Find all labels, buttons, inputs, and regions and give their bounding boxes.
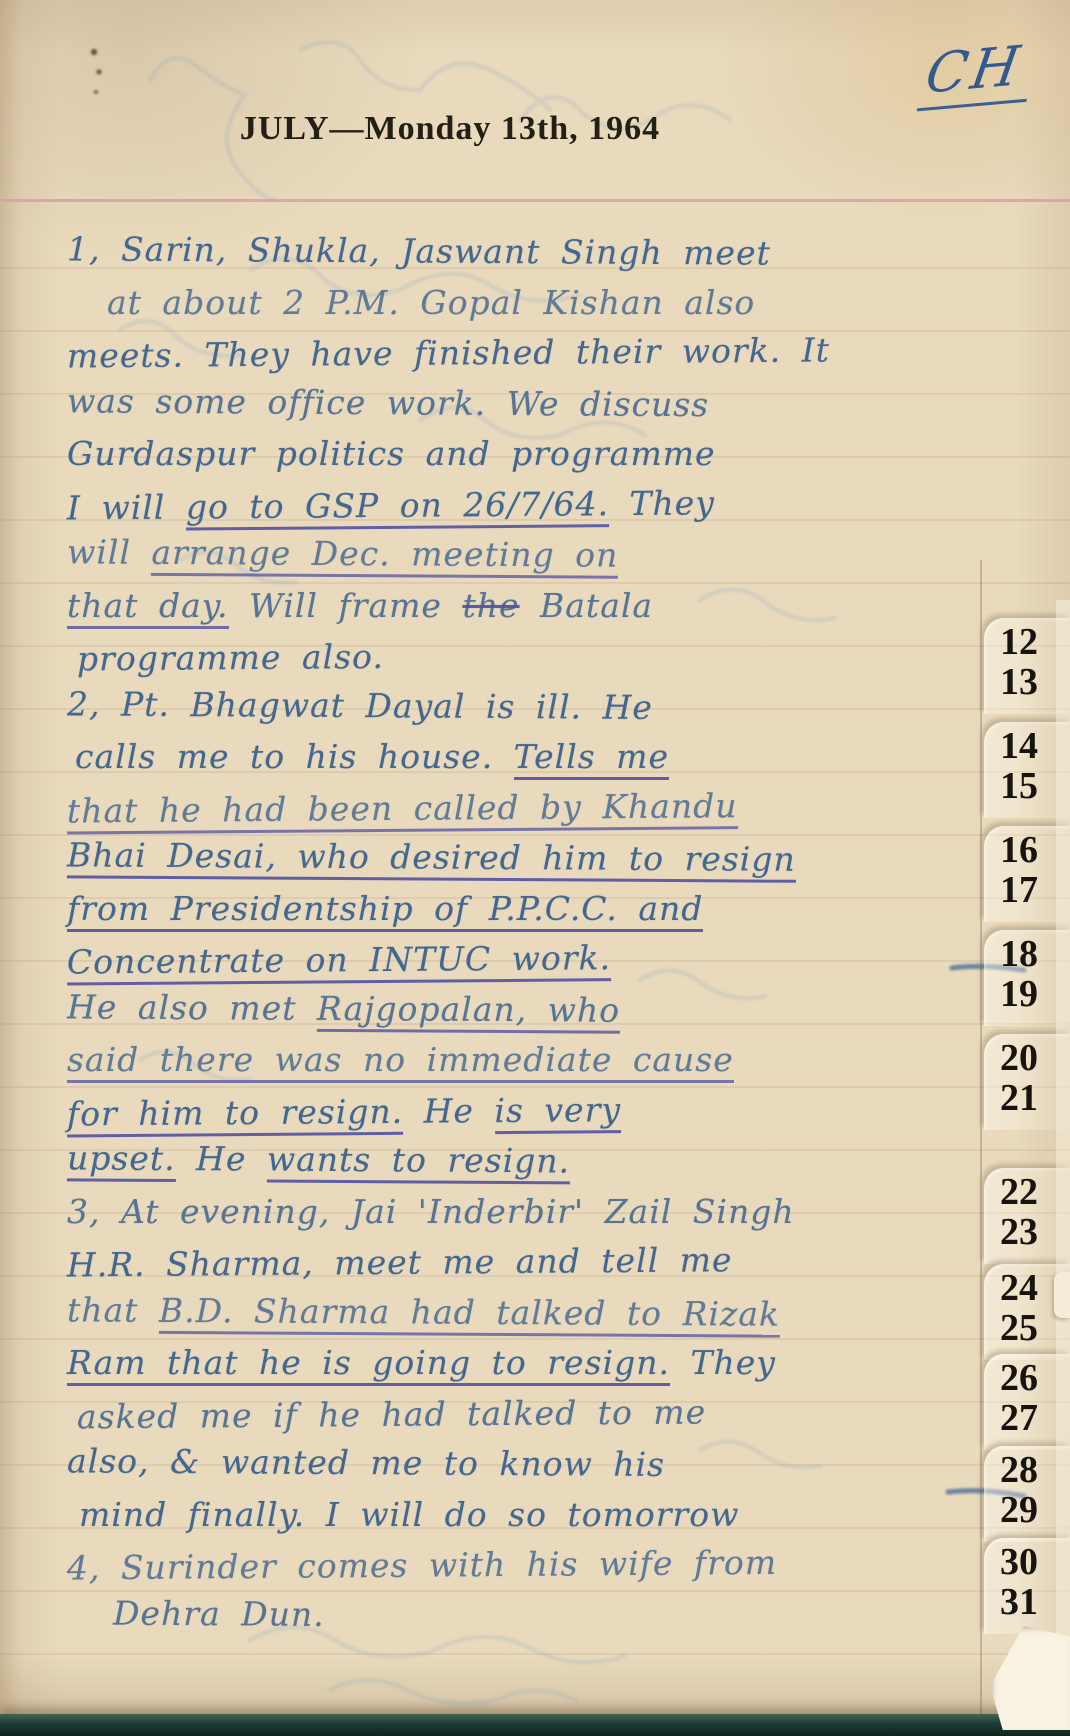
handwritten-line: Gurdaspur politics and programme — [55, 434, 955, 485]
phrase: Will frame — [229, 586, 463, 625]
phrase: at about 2 P.M. Gopal Kishan also — [107, 283, 755, 322]
handwritten-line: Dehra Dun. — [55, 1593, 955, 1649]
handwritten-line: also, & wanted me to know his — [55, 1441, 955, 1497]
handwritten-line: calls me to his house. Tells me — [55, 737, 955, 788]
phrase: programme also. — [77, 637, 384, 678]
handwritten-line: said there was no immediate cause — [55, 1040, 955, 1091]
underlined-phrase: for him to resign. — [67, 1091, 404, 1137]
header-rule — [0, 199, 1070, 202]
handwritten-line: upset. He wants to resign. — [55, 1138, 955, 1194]
underlined-phrase: upset. — [67, 1138, 176, 1182]
underlined-phrase: arrange Dec. meeting on — [151, 533, 618, 579]
phrase: that — [67, 1290, 159, 1330]
handwritten-line: Bhai Desai, who desired him to resign — [55, 835, 955, 891]
stacked-page-edges — [1056, 600, 1070, 1716]
handwritten-line: 2, Pt. Bhagwat Dayal is ill. He — [55, 684, 955, 740]
handwritten-line: that B.D. Sharma had talked to Rizak — [55, 1290, 955, 1346]
phrase: 4, Surinder comes with his wife from — [67, 1543, 777, 1588]
phrase: will — [67, 532, 152, 572]
handwritten-line: was some office work. We discuss — [55, 381, 955, 437]
underlined-phrase: that he had been called by Khandu — [67, 786, 738, 834]
phrase: They — [609, 483, 715, 523]
underlined-phrase: Rajgopalan, who — [317, 988, 620, 1033]
underlined-phrase: is very — [494, 1090, 621, 1134]
underlined-phrase: Bhai Desai, who desired him to resign — [67, 835, 796, 882]
phrase: mind finally. I will do so tomorrow — [79, 1495, 739, 1534]
phrase: I will — [67, 487, 186, 527]
phrase: calls me to his house. — [75, 737, 514, 776]
phrase: 2, Pt. Bhagwat Dayal is ill. He — [67, 684, 653, 727]
phrase: He also met — [67, 987, 317, 1028]
handwritten-line: will arrange Dec. meeting on — [55, 532, 955, 588]
phrase: Gurdaspur politics and programme — [67, 434, 716, 473]
underlined-phrase: from Presidentship of P.P.C.C. and — [67, 889, 703, 932]
handwritten-line: from Presidentship of P.P.C.C. and — [55, 889, 955, 940]
handwritten-line: 3, At evening, Jai 'Inderbir' Zail Singh — [55, 1192, 955, 1243]
book-cover-edge — [0, 1714, 1070, 1736]
phrase: Dehra Dun. — [113, 1593, 325, 1633]
underlined-phrase: said there was no immediate cause — [67, 1040, 734, 1083]
underlined-phrase: go to GSP on 26/7/64. — [186, 484, 609, 530]
phrase: was some office work. We discuss — [67, 381, 709, 424]
underlined-phrase: that day. — [67, 586, 229, 629]
phrase: meets. They have finished their work. It — [67, 330, 830, 375]
handwritten-line: I will go to GSP on 26/7/64. They — [55, 481, 955, 539]
phrase: Batala — [520, 586, 654, 625]
handwritten-line: Concentrate on INTUC work. — [55, 935, 955, 993]
handwritten-line: at about 2 P.M. Gopal Kishan also — [55, 283, 955, 334]
handwritten-line: asked me if he had talked to me — [55, 1390, 955, 1448]
handwritten-line: programme also. — [55, 632, 955, 690]
underlined-phrase: B.D. Sharma had talked to Rizak — [159, 1290, 780, 1337]
underlined-phrase: Ram that he is going to resign. — [67, 1343, 670, 1386]
phrase: 3, At evening, Jai 'Inderbir' Zail Singh — [67, 1192, 795, 1231]
diary-page-scan: CH JULY—Monday 13th, 1964 1, Sarin, Shuk… — [0, 0, 1070, 1736]
page-edge-crease — [980, 560, 982, 1716]
underlined-phrase: wants to resign. — [267, 1140, 570, 1185]
handwritten-line: He also met Rajgopalan, who — [55, 987, 955, 1043]
phrase: asked me if he had talked to me — [77, 1392, 706, 1436]
phrase: He — [403, 1091, 495, 1131]
handwritten-line: H.R. Sharma, meet me and tell me — [55, 1238, 955, 1296]
phrase: He — [176, 1139, 268, 1179]
handwritten-line: 4, Surinder comes with his wife from — [55, 1541, 955, 1599]
handwritten-line: that day. Will frame the Batala — [55, 586, 955, 637]
phrase: They — [670, 1343, 776, 1382]
underlined-phrase: Tells me — [514, 737, 669, 780]
handwritten-line: 1, Sarin, Shukla, Jaswant Singh meet — [55, 229, 955, 285]
handwritten-line: for him to resign. He is very — [55, 1087, 955, 1145]
phrase: 1, Sarin, Shukla, Jaswant Singh meet — [67, 229, 771, 272]
page-date-header: JULY—Monday 13th, 1964 — [0, 110, 900, 148]
page-edge-nub — [1054, 1272, 1070, 1318]
underlined-phrase: Concentrate on INTUC work. — [67, 938, 611, 985]
phrase: also, & wanted me to know his — [67, 1441, 665, 1484]
handwritten-line: mind finally. I will do so tomorrow — [55, 1495, 955, 1546]
handwritten-line: Ram that he is going to resign. They — [55, 1343, 955, 1394]
struck-word: the — [462, 586, 519, 625]
phrase: H.R. Sharma, meet me and tell me — [67, 1240, 733, 1284]
diary-entry-text: 1, Sarin, Shukla, Jaswant Singh meetat a… — [55, 232, 955, 1646]
handwritten-line: meets. They have finished their work. It — [55, 329, 955, 387]
handwritten-line: that he had been called by Khandu — [55, 784, 955, 842]
